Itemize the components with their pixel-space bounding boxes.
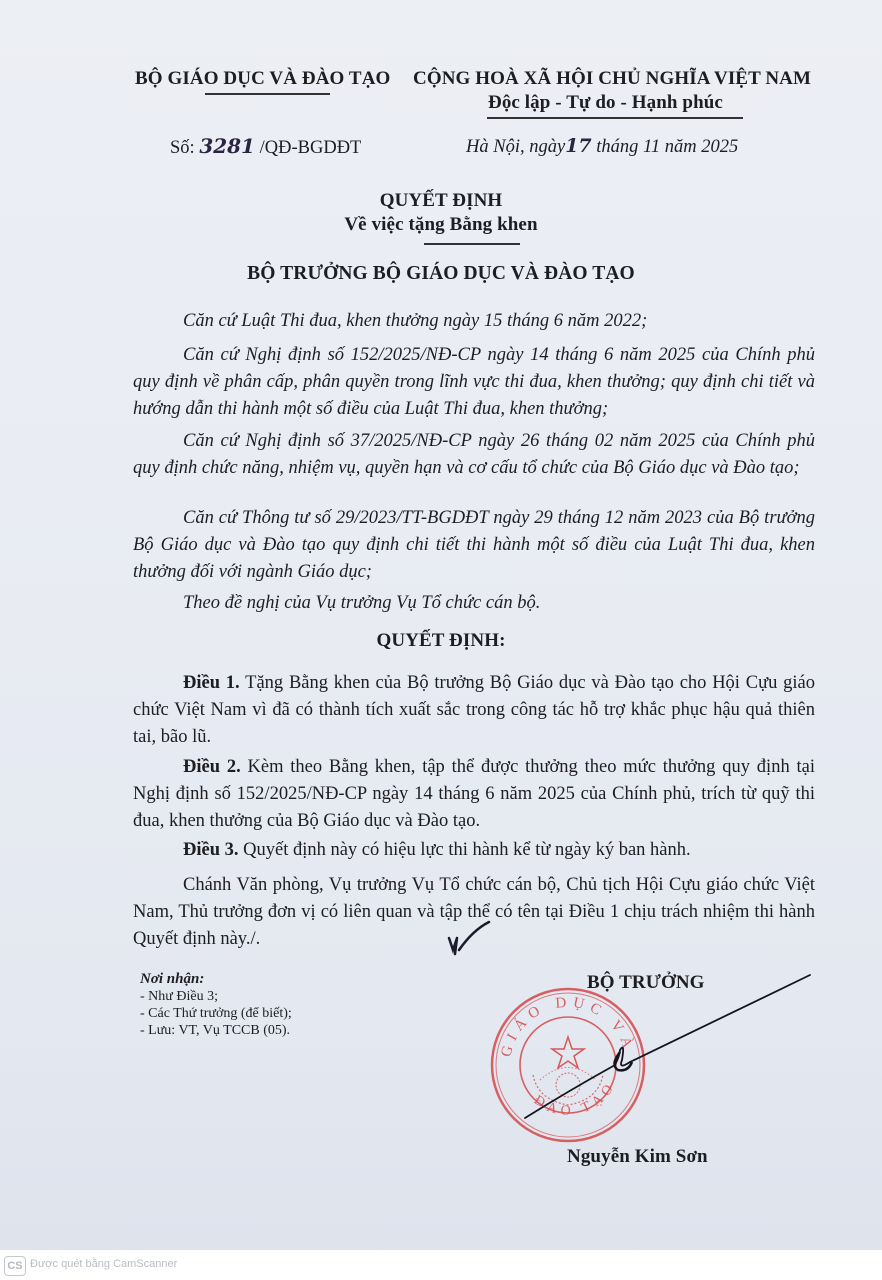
initial-mark-icon	[445, 920, 495, 960]
date-day-handwritten: 17	[565, 135, 591, 157]
scanner-footer-text: Được quét bằng CamScanner	[30, 1258, 177, 1270]
signature-icon	[520, 970, 820, 1130]
motto-underline	[487, 117, 743, 119]
doc-number-handwritten: 3281	[199, 134, 255, 158]
signer-name: Nguyễn Kim Sơn	[567, 1146, 708, 1168]
legal-basis: Căn cứ Nghị định số 152/2025/NĐ-CP ngày …	[133, 342, 815, 423]
ministry-underline	[205, 93, 330, 95]
recipient-item: - Như Điều 3;	[140, 988, 292, 1005]
document-subject: Về việc tặng Bằng khen	[0, 214, 882, 236]
decision-heading: QUYẾT ĐỊNH:	[0, 630, 882, 652]
article-2: Điều 2. Kèm theo Bằng khen, tập thể được…	[133, 754, 815, 835]
date-suffix: tháng 11 năm 2025	[596, 137, 738, 157]
recipients-heading: Nơi nhận:	[140, 970, 292, 988]
legal-basis: Theo đề nghị của Vụ trưởng Vụ Tổ chức cá…	[133, 590, 815, 617]
camscanner-logo-icon: CS	[4, 1256, 26, 1276]
legal-basis: Căn cứ Nghị định số 37/2025/NĐ-CP ngày 2…	[133, 428, 815, 482]
ministry-name: BỘ GIÁO DỤC VÀ ĐÀO TẠO	[135, 68, 390, 90]
doc-number-label: Số:	[170, 138, 195, 158]
decision-document: BỘ GIÁO DỤC VÀ ĐÀO TẠO CỘNG HOÀ XÃ HỘI C…	[0, 0, 882, 1250]
article-3: Điều 3. Quyết định này có hiệu lực thi h…	[133, 837, 815, 864]
recipient-item: - Lưu: VT, Vụ TCCB (05).	[140, 1022, 292, 1039]
nation-name: CỘNG HOÀ XÃ HỘI CHỦ NGHĨA VIỆT NAM	[413, 68, 811, 90]
recipient-item: - Các Thứ trưởng (để biết);	[140, 1005, 292, 1022]
issuing-authority: BỘ TRƯỞNG BỘ GIÁO DỤC VÀ ĐÀO TẠO	[0, 263, 882, 285]
issue-date: Hà Nội, ngày17 tháng 11 năm 2025	[466, 133, 738, 161]
legal-basis: Căn cứ Thông tư số 29/2023/TT-BGDĐT ngày…	[133, 505, 815, 586]
article-1: Điều 1. Tặng Bằng khen của Bộ trưởng Bộ …	[133, 670, 815, 751]
doc-number-suffix: /QĐ-BGDĐT	[260, 138, 362, 158]
subject-underline	[424, 243, 520, 245]
date-prefix: Hà Nội, ngày	[466, 137, 565, 157]
recipients-block: Nơi nhận: - Như Điều 3; - Các Thứ trưởng…	[140, 970, 292, 1039]
article-text: Quyết định này có hiệu lực thi hành kể t…	[243, 840, 691, 860]
doc-number: Số: 3281 /QĐ-BGDĐT	[170, 133, 361, 162]
document-title: QUYẾT ĐỊNH	[0, 190, 882, 212]
article-label: Điều 1.	[183, 673, 240, 693]
article-label: Điều 3.	[183, 840, 239, 860]
scanner-footer: CS Được quét bằng CamScanner	[0, 1250, 882, 1280]
legal-basis: Căn cứ Luật Thi đua, khen thưởng ngày 15…	[133, 308, 815, 335]
nation-motto: Độc lập - Tự do - Hạnh phúc	[488, 92, 723, 114]
article-label: Điều 2.	[183, 757, 241, 777]
